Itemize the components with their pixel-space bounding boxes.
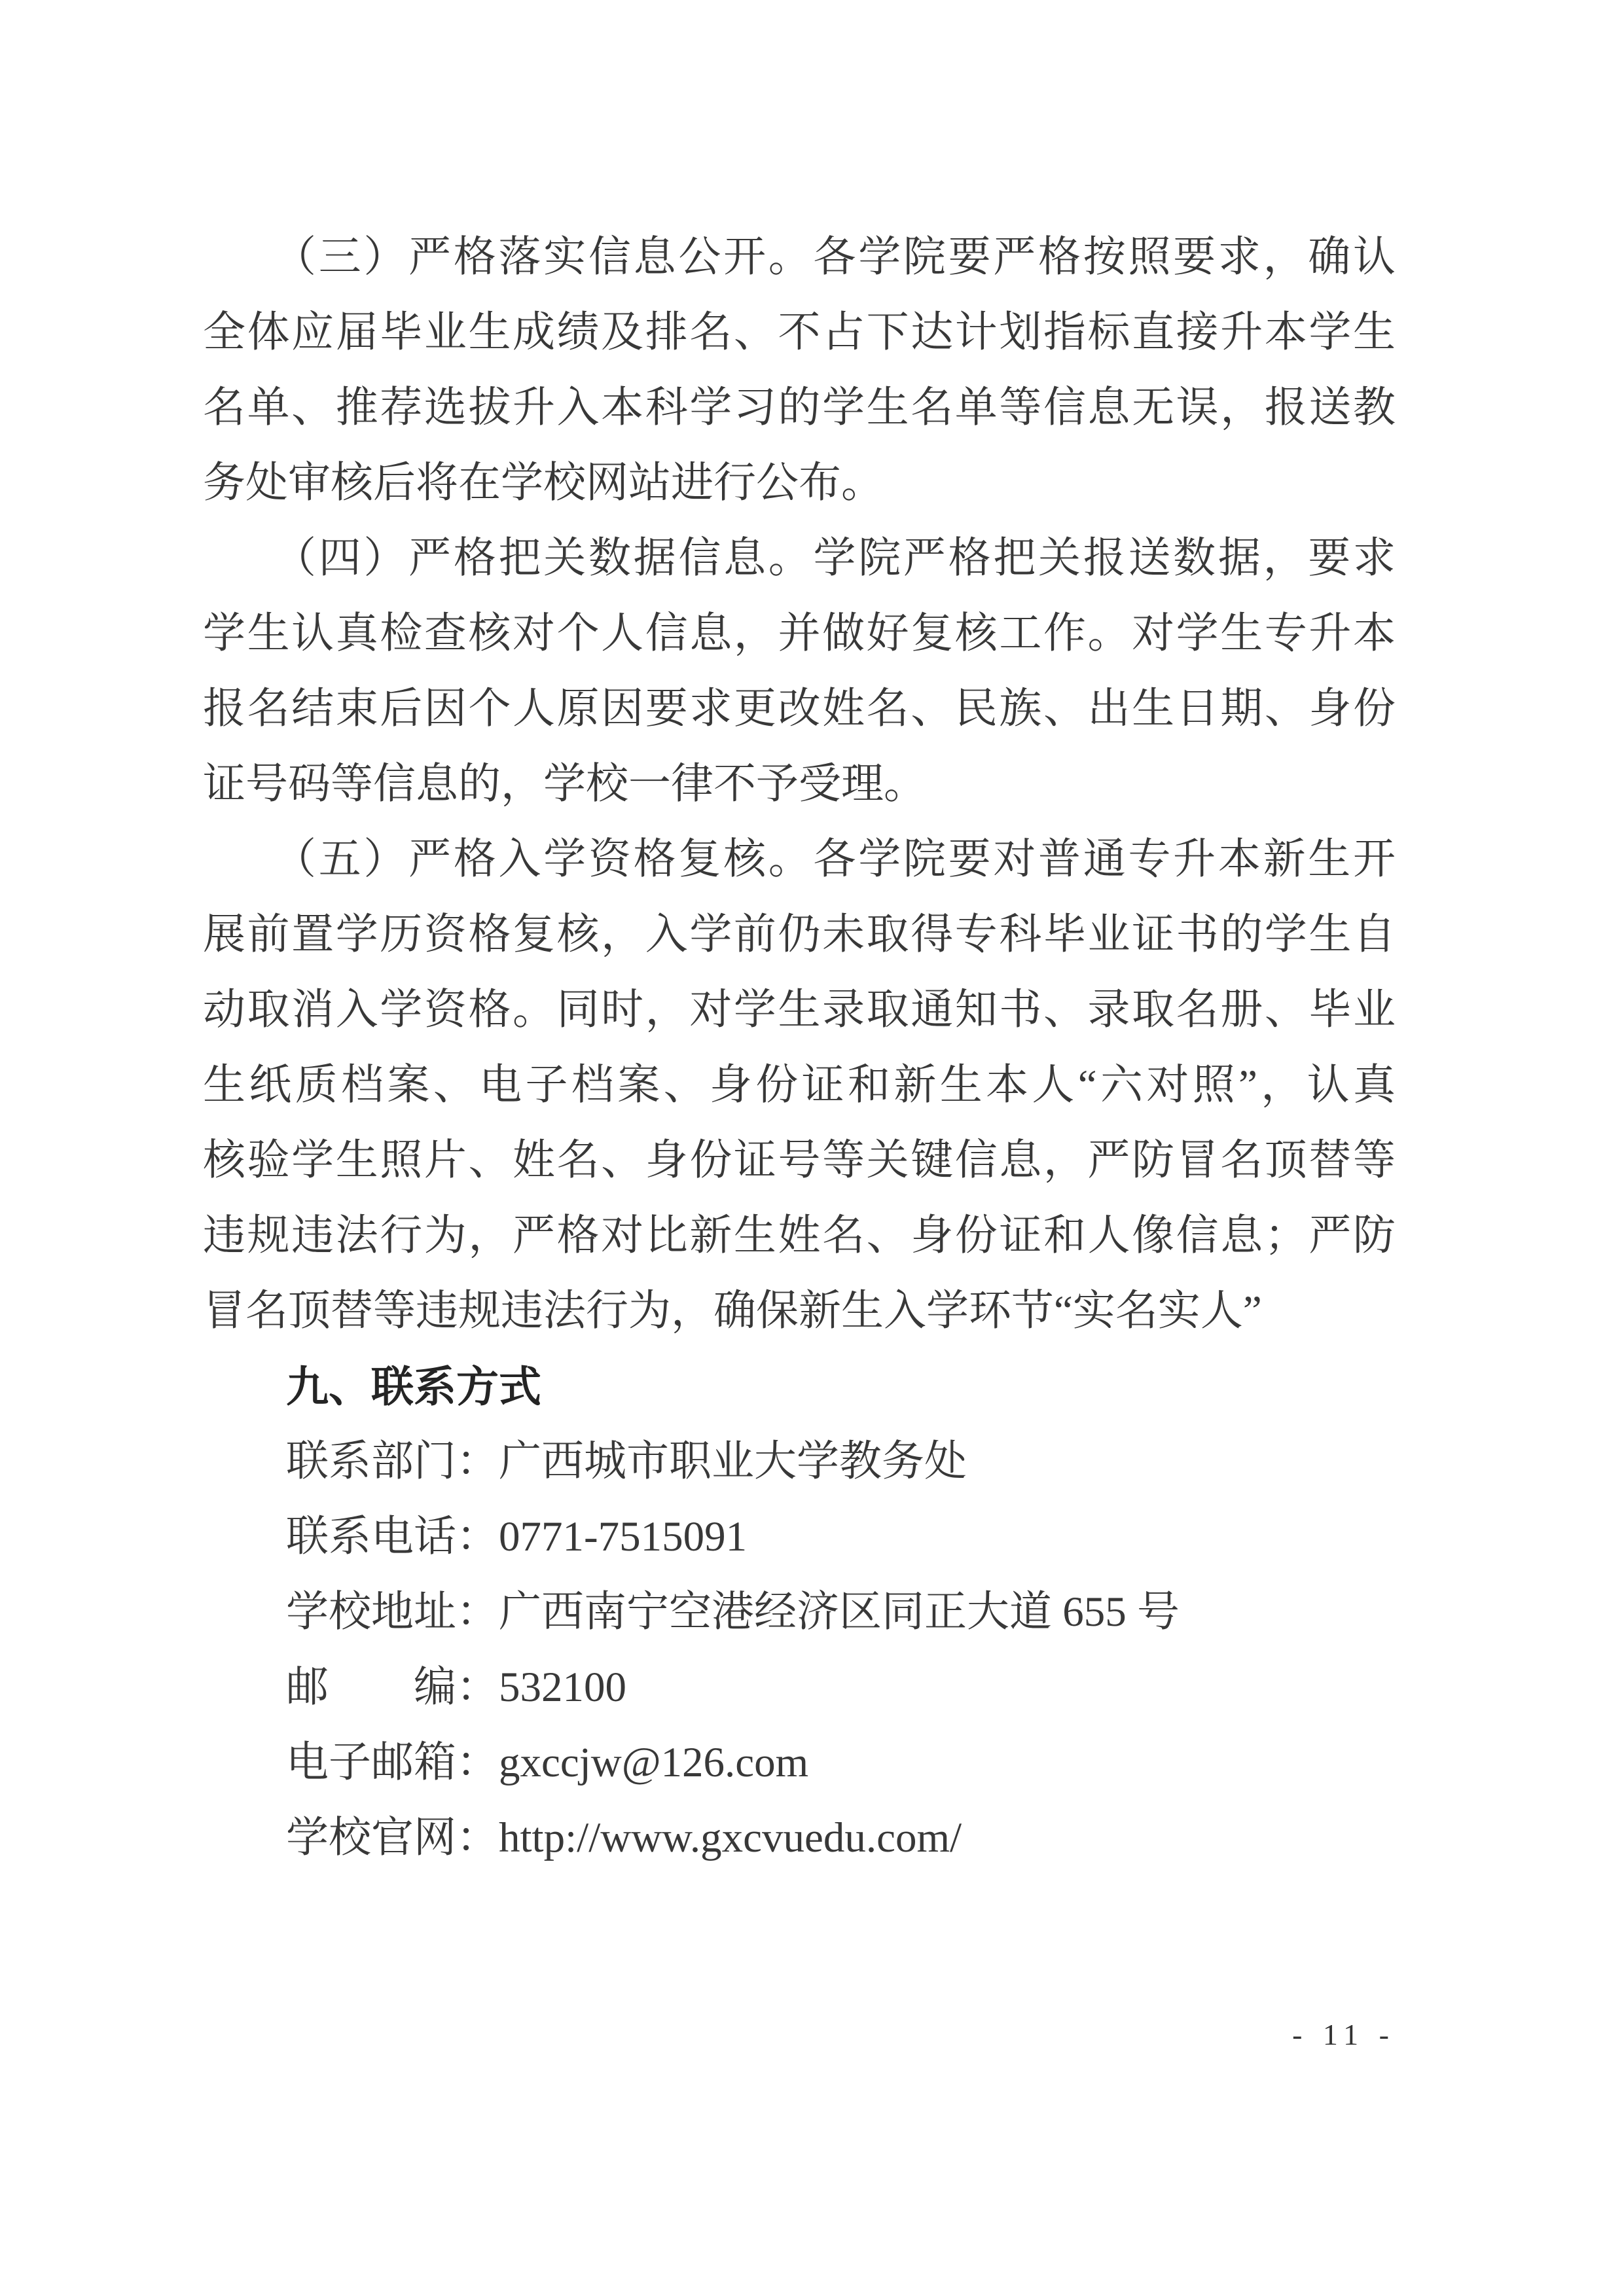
paragraph-line: 证号码等信息的，学校一律不予受理。 xyxy=(203,747,1396,822)
contact-line-phone: 联系电话：0771-7515091 xyxy=(203,1499,1396,1575)
document-page: （三）严格落实信息公开。各学院要严格按照要求，确认 全体应届毕业生成绩及排名、不… xyxy=(0,0,1624,2296)
paragraph-line: 冒名顶替等违规违法行为，确保新生入学环节“实名实人” xyxy=(203,1274,1396,1349)
paragraph-line: 违规违法行为，严格对比新生姓名、身份证和人像信息；严防 xyxy=(203,1198,1396,1274)
paragraph-line: （五）严格入学资格复核。各学院要对普通专升本新生开 xyxy=(203,822,1396,897)
paragraph-line: 全体应届毕业生成绩及排名、不占下达计划指标直接升本学生 xyxy=(203,295,1396,370)
paragraph-line: 展前置学历资格复核，入学前仍未取得专科毕业证书的学生自 xyxy=(203,897,1396,973)
section-heading: 九、联系方式 xyxy=(203,1349,1396,1424)
contact-line-address: 学校地址：广西南宁空港经济区同正大道 655 号 xyxy=(203,1575,1396,1650)
paragraph-line: 务处审核后将在学校网站进行公布。 xyxy=(203,446,1396,521)
paragraph-line: 核验学生照片、姓名、身份证号等关键信息，严防冒名顶替等 xyxy=(203,1123,1396,1198)
contact-line-department: 联系部门：广西城市职业大学教务处 xyxy=(203,1424,1396,1499)
paragraph-line: 学生认真检查核对个人信息，并做好复核工作。对学生专升本 xyxy=(203,596,1396,672)
paragraph-line: 动取消入学资格。同时，对学生录取通知书、录取名册、毕业 xyxy=(203,973,1396,1048)
paragraph-line: 报名结束后因个人原因要求更改姓名、民族、出生日期、身份 xyxy=(203,672,1396,747)
contact-line-postcode: 邮 编：532100 xyxy=(203,1650,1396,1725)
contact-line-website: 学校官网：http://www.gxcvuedu.com/ xyxy=(203,1801,1396,1876)
paragraph-line: 生纸质档案、电子档案、身份证和新生本人“六对照”，认真 xyxy=(203,1048,1396,1123)
contact-line-email: 电子邮箱：gxccjw@126.com xyxy=(203,1725,1396,1801)
paragraph-line: （四）严格把关数据信息。学院严格把关报送数据，要求 xyxy=(203,521,1396,596)
paragraph-line: （三）严格落实信息公开。各学院要严格按照要求，确认 xyxy=(203,220,1396,295)
page-number: - 11 - xyxy=(1292,2016,1396,2054)
document-body: （三）严格落实信息公开。各学院要严格按照要求，确认 全体应届毕业生成绩及排名、不… xyxy=(203,220,1396,1876)
paragraph-line: 名单、推荐选拔升入本科学习的学生名单等信息无误，报送教 xyxy=(203,370,1396,446)
